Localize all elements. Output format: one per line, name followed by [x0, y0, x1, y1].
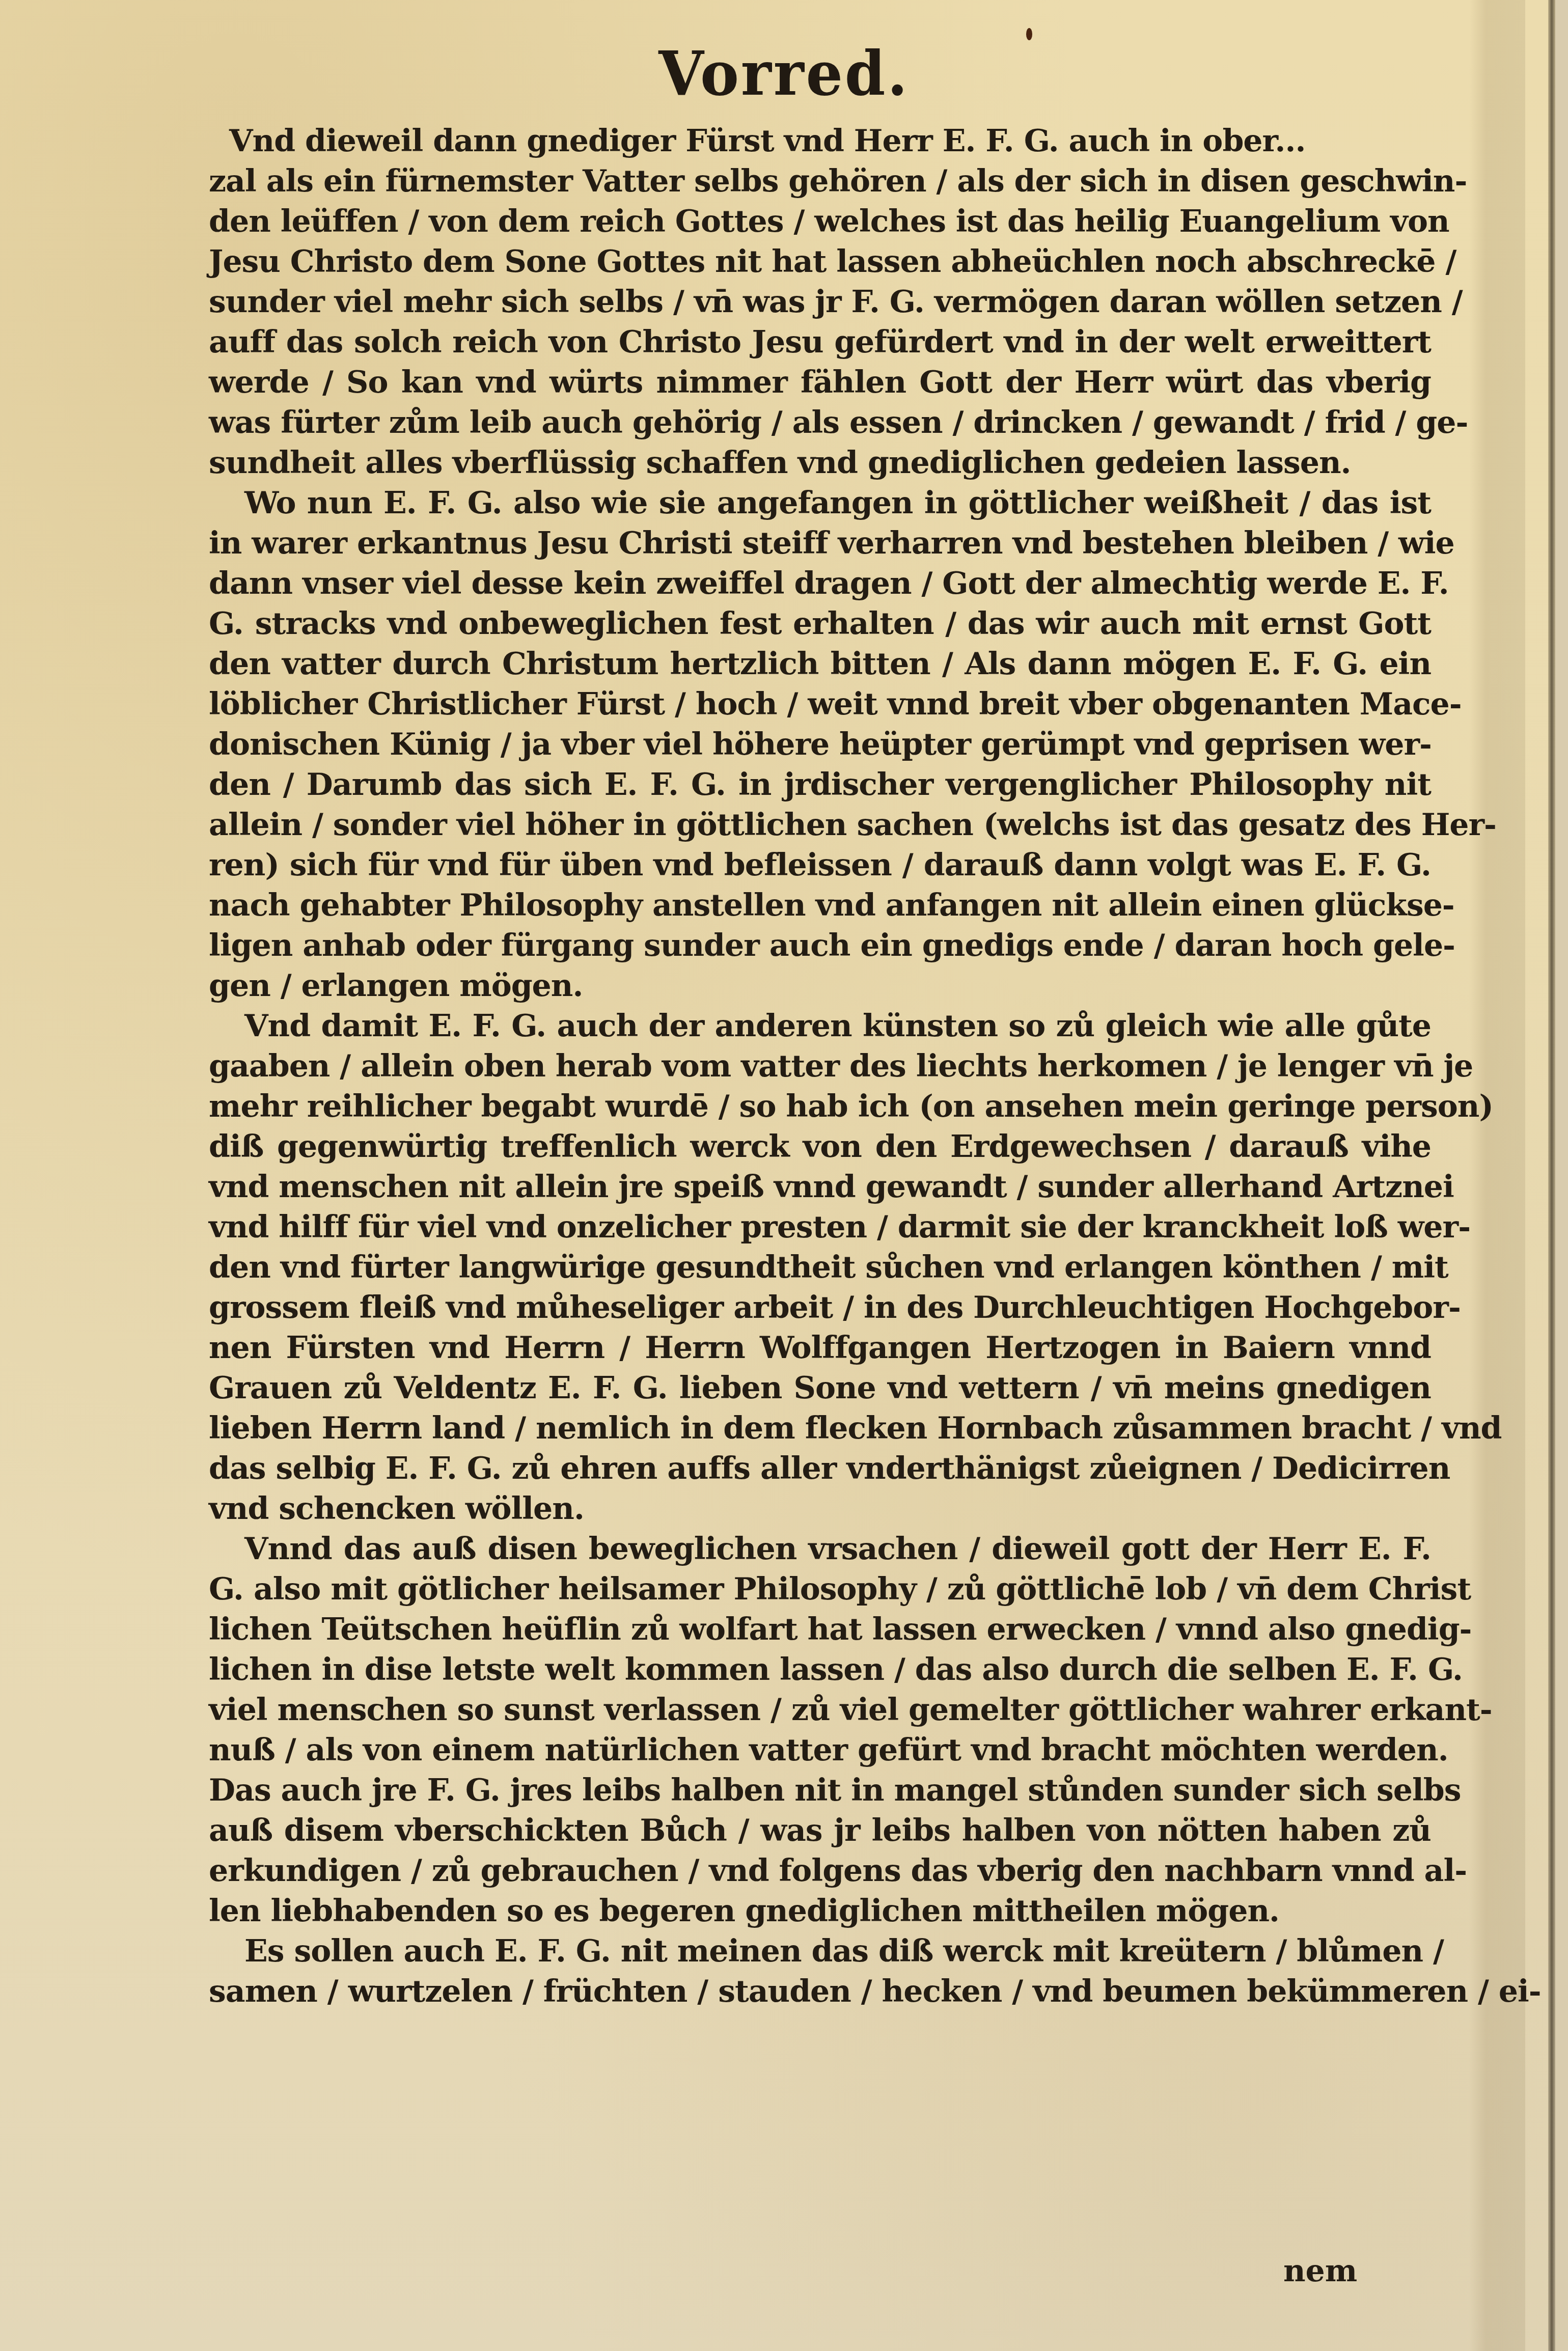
text-line: zal als ein fürnemster Vatter selbs gehö…	[209, 161, 1431, 202]
paragraph-2: Wo nun E. F. G. also wie sie angefangen …	[209, 483, 1431, 1006]
text-line: vnd menschen nit allein jre speiß vnnd g…	[209, 1167, 1431, 1207]
text-line: gaaben / allein oben herab vom vatter de…	[209, 1046, 1431, 1087]
text-line: Vnd dieweil dann gnediger Fürst vnd Herr…	[209, 121, 1288, 161]
text-line: mehr reihlicher begabt wurdē / so hab ic…	[209, 1087, 1431, 1127]
text-line: Das auch jre F. G. jres leibs halben nit…	[209, 1771, 1431, 1811]
text-line: lichen Teütschen heüflin zů wolfart hat …	[209, 1610, 1431, 1650]
page-edge-line	[1548, 0, 1555, 2351]
text-line: sundheit alles vberflüssig schaffen vnd …	[209, 443, 1431, 483]
text-line: Vnnd das auß disen beweglichen vrsachen …	[209, 1529, 1431, 1569]
text-line: allein / sonder viel höher in göttlichen…	[209, 805, 1431, 845]
text-line: len liebhabenden so es begeren gnediglic…	[209, 1891, 1431, 1931]
text-line: auß disem vberschickten Bůch / was jr le…	[209, 1811, 1431, 1851]
paragraph-1: Vnd dieweil dann gnediger Fürst vnd Herr…	[209, 121, 1431, 483]
text-line: den vnd fürter langwürige gesundtheit sů…	[209, 1248, 1431, 1288]
text-line: Grauen zů Veldentz E. F. G. lieben Sone …	[209, 1368, 1431, 1408]
text-line: erkundigen / zů gebrauchen / vnd folgens…	[209, 1851, 1431, 1891]
text-line: vnd schencken wöllen.	[209, 1489, 1431, 1529]
page-edge-strip	[1555, 0, 1568, 2351]
text-line: diß gegenwürtig treffenlich werck von de…	[209, 1127, 1431, 1167]
text-line: samen / wurtzelen / früchten / stauden /…	[209, 1972, 1431, 2012]
text-line: Es sollen auch E. F. G. nit meinen das d…	[209, 1931, 1431, 1972]
text-line: den vatter durch Christum hertzlich bitt…	[209, 644, 1431, 684]
text-line: lieben Herrn land / nemlich in dem fleck…	[209, 1408, 1431, 1449]
page-heading: Vorred.	[39, 36, 1529, 112]
text-line: das selbig E. F. G. zů ehren auffs aller…	[209, 1449, 1431, 1489]
text-line: auff das solch reich von Christo Jesu ge…	[209, 322, 1431, 363]
paragraph-5: Es sollen auch E. F. G. nit meinen das d…	[209, 1931, 1431, 2012]
paragraph-4: Vnnd das auß disen beweglichen vrsachen …	[209, 1529, 1431, 1931]
text-line: dann vnser viel desse kein zweiffel drag…	[209, 564, 1431, 604]
text-line: Jesu Christo dem Sone Gottes nit hat las…	[209, 242, 1431, 282]
body-text: Vnd dieweil dann gnediger Fürst vnd Herr…	[209, 121, 1431, 2012]
text-line: ren) sich für vnd für üben vnd befleisse…	[209, 845, 1431, 886]
text-line: viel menschen so sunst verlassen / zů vi…	[209, 1690, 1431, 1730]
text-line: grossem fleiß vnd můheseliger arbeit / i…	[209, 1288, 1431, 1328]
text-line: nach gehabter Philosophy anstellen vnd a…	[209, 886, 1431, 926]
text-line: in warer erkantnus Jesu Christi steiff v…	[209, 523, 1431, 564]
text-line: was fürter zům leib auch gehörig / als e…	[209, 403, 1431, 443]
text-line: gen / erlangen mögen.	[209, 966, 1431, 1006]
text-line: vnd hilff für viel vnd onzelicher preste…	[209, 1207, 1431, 1248]
text-line: werde / So kan vnd würts nimmer fählen G…	[209, 363, 1431, 403]
text-line: Vnd damit E. F. G. auch der anderen küns…	[209, 1006, 1431, 1046]
text-line: lichen in dise letste welt kommen lassen…	[209, 1650, 1431, 1690]
text-line: löblicher Christlicher Fürst / hoch / we…	[209, 684, 1431, 725]
paragraph-3: Vnd damit E. F. G. auch der anderen küns…	[209, 1006, 1431, 1529]
text-line: den leüffen / von dem reich Gottes / wel…	[209, 202, 1431, 242]
text-line: sunder viel mehr sich selbs / vn̄ was jr…	[209, 282, 1431, 322]
text-line: ligen anhab oder fürgang sunder auch ein…	[209, 926, 1431, 966]
text-line: den / Darumb das sich E. F. G. in jrdisc…	[209, 765, 1431, 805]
text-line: G. stracks vnd onbeweglichen fest erhalt…	[209, 604, 1431, 644]
book-page: Vorred. Vnd dieweil dann gnediger Fürst …	[0, 0, 1568, 2351]
text-line: nen Fürsten vnd Herrn / Herrn Wolffgange…	[209, 1328, 1431, 1368]
catchword: nem	[1283, 2253, 1357, 2289]
text-line: Wo nun E. F. G. also wie sie angefangen …	[209, 483, 1431, 523]
text-line: donischen Künig / ja vber viel höhere he…	[209, 725, 1431, 765]
text-line: nuß / als von einem natürlichen vatter g…	[209, 1730, 1431, 1771]
text-line: G. also mit götlicher heilsamer Philosop…	[209, 1569, 1431, 1610]
